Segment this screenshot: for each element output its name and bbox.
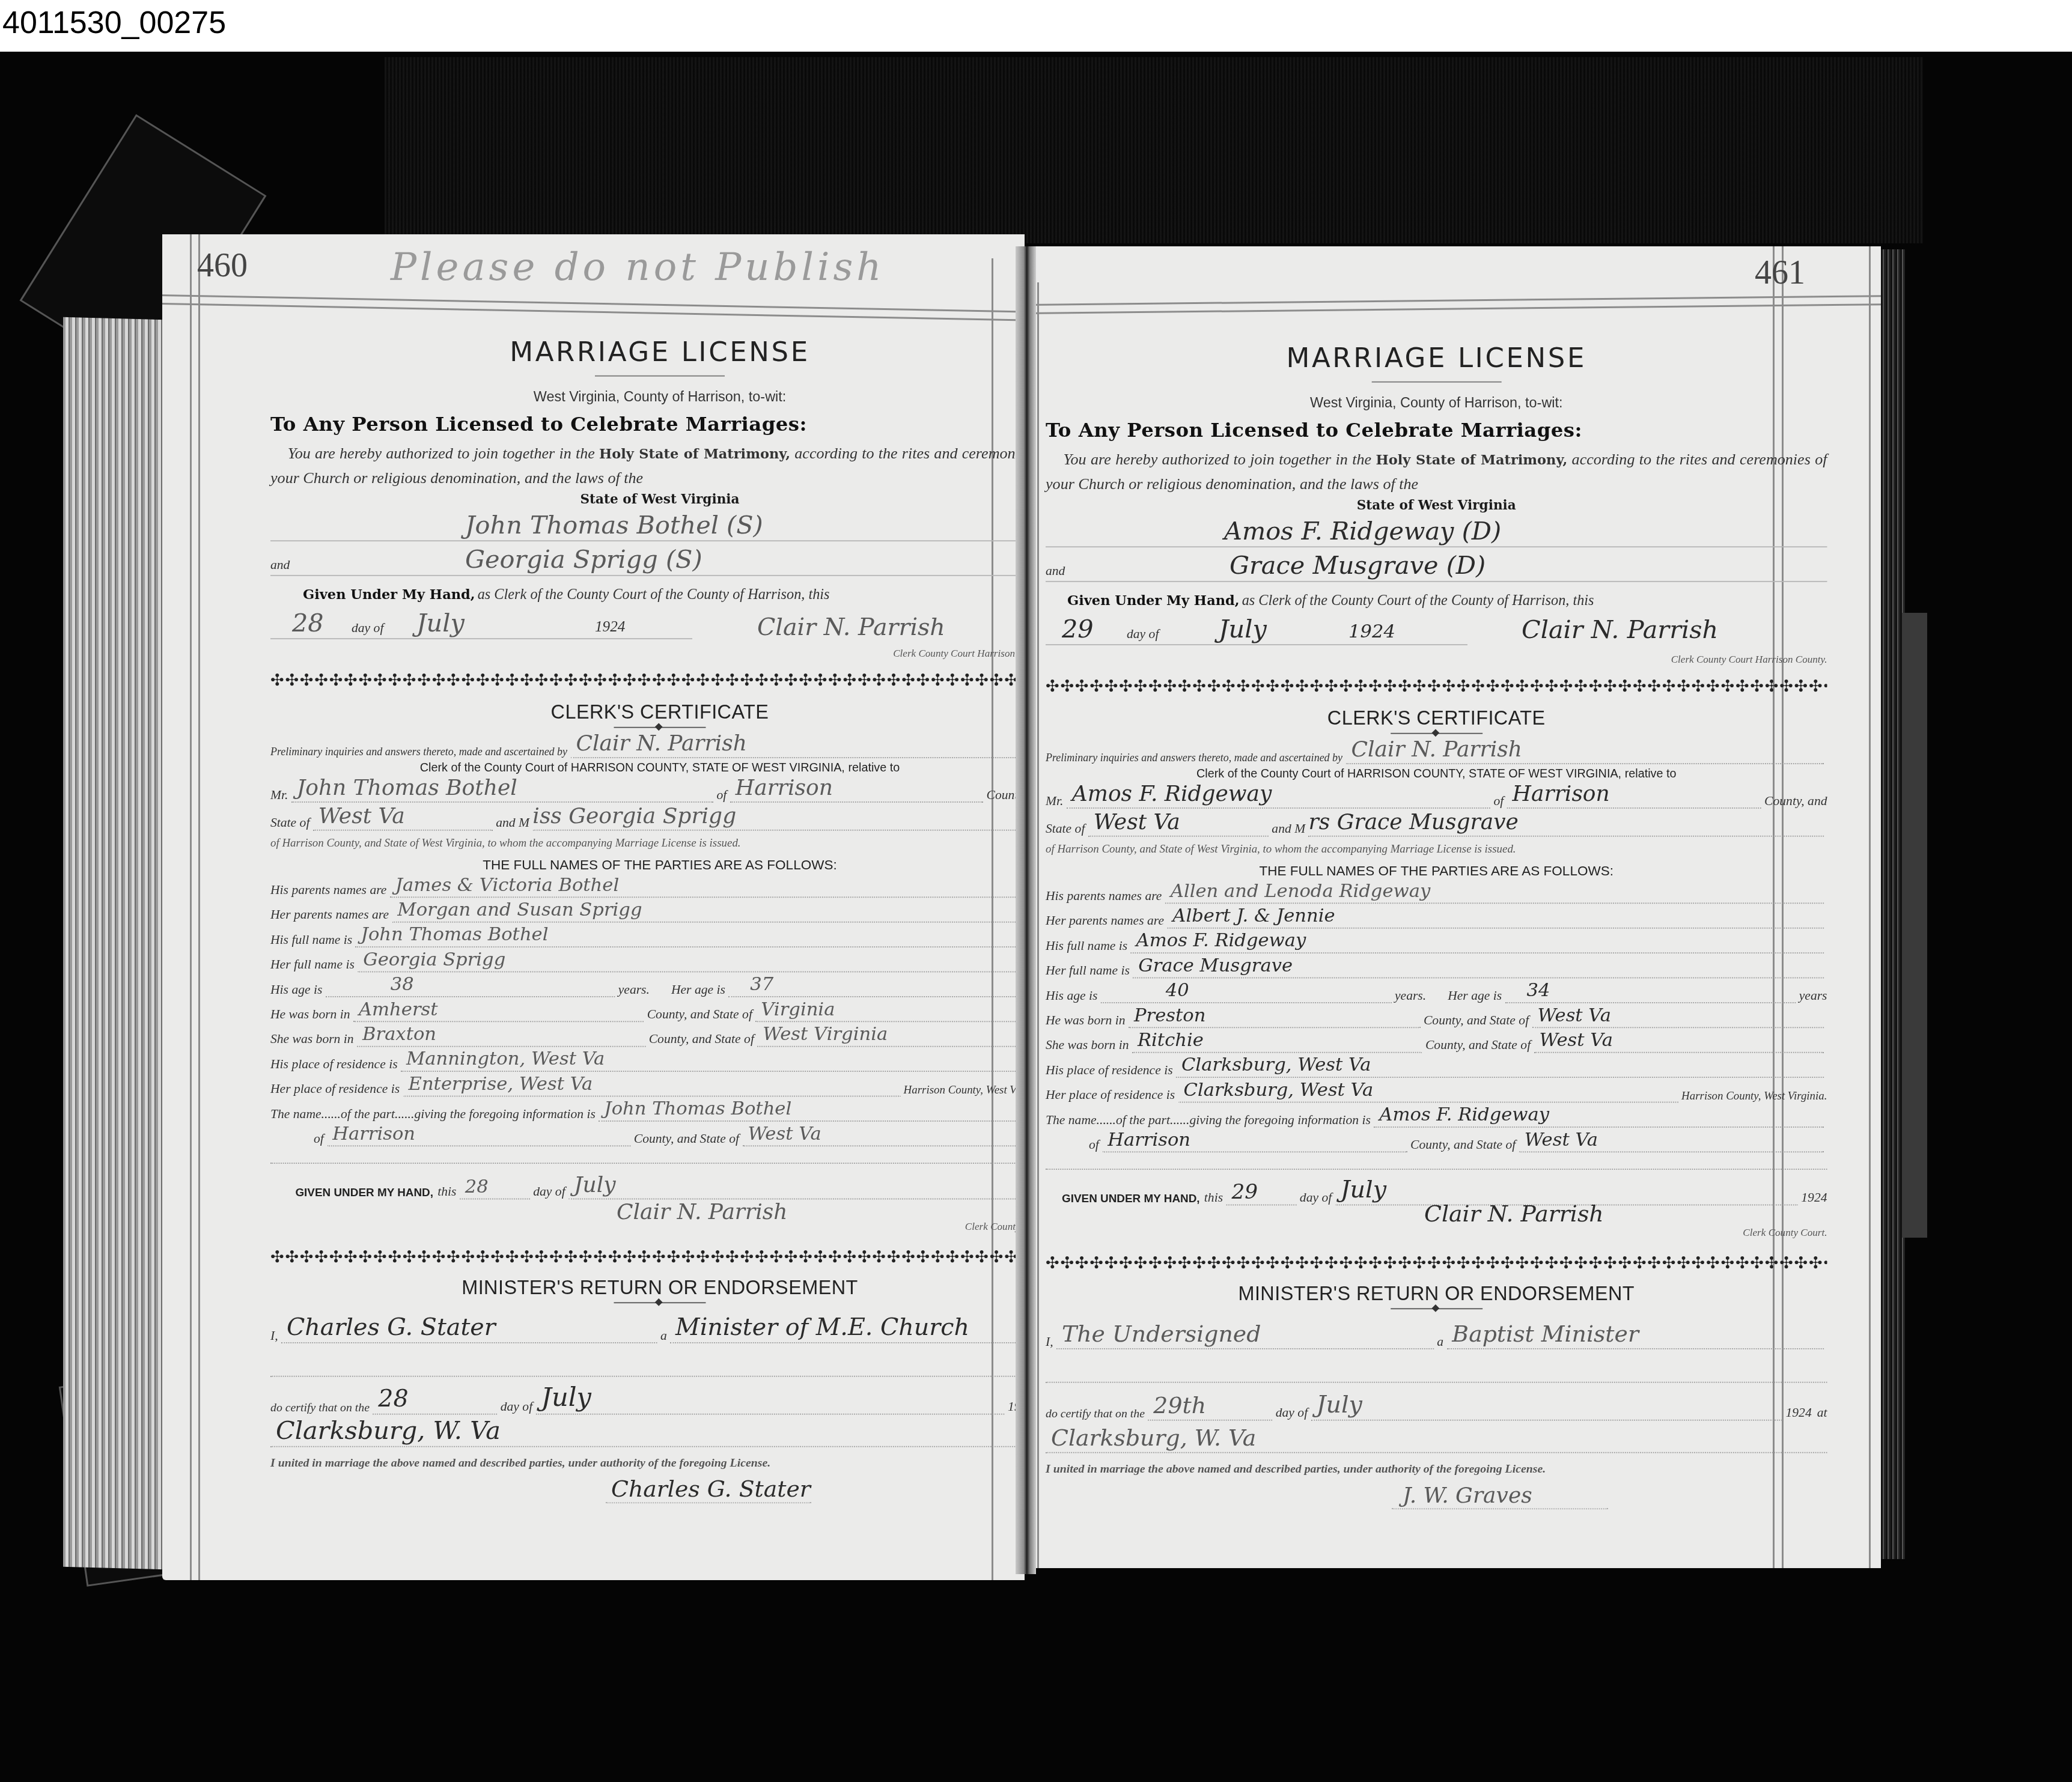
given-label: Given Under My Hand, xyxy=(303,586,475,602)
book-page-edges-right xyxy=(1881,249,1905,1559)
given-month: July xyxy=(574,1172,615,1197)
state-of-label: State of xyxy=(1046,822,1085,836)
clerk-signature: Clair N. Parrish xyxy=(757,613,945,641)
given-under-hand-label: GIVEN UNDER MY HAND, xyxy=(1062,1193,1200,1206)
county-state-label: County, and State of xyxy=(1410,1138,1516,1152)
his-parents-row: His parents names are James & Victoria B… xyxy=(270,873,1049,898)
book-tab-marker xyxy=(1902,613,1927,1238)
he-born-state-field: Virginia xyxy=(755,997,1046,1022)
given-month-field: July xyxy=(568,1175,1020,1199)
ceremony-day-field: 28 xyxy=(373,1390,497,1414)
certify-label: do certify that on the xyxy=(270,1400,370,1414)
inquiries-by: Clair N. Parrish xyxy=(576,731,747,756)
she-born-row: She was born in Braxton County, and Stat… xyxy=(270,1022,1049,1047)
minister-signature-line: J. W. Graves xyxy=(1392,1476,1608,1509)
his-full-name: Amos F. Ridgeway xyxy=(1136,929,1306,951)
her-parents-field: Morgan and Susan Sprigg xyxy=(392,898,1046,922)
salutation: To Any Person Licensed to Celebrate Marr… xyxy=(1046,419,1827,442)
inquiries-row: Preliminary inquiries and answers theret… xyxy=(1046,736,1827,764)
her-residence: Enterprise, West Va xyxy=(409,1073,593,1095)
and-label: and xyxy=(1046,564,1065,579)
place-row: Clarksburg, W. Va xyxy=(1046,1421,1827,1453)
her-parents: Morgan and Susan Sprigg xyxy=(397,899,642,920)
minister-signature: J. W. Graves xyxy=(1403,1483,1532,1508)
authorization-part-1: You are hereby authorized to join togeth… xyxy=(288,445,595,463)
years-label: years. xyxy=(1395,989,1426,1003)
book-page-edges-left xyxy=(63,317,165,1569)
given-day: 28 xyxy=(465,1176,489,1197)
his-parents: James & Victoria Bothel xyxy=(395,874,619,896)
certify-label: do certify that on the xyxy=(1046,1406,1145,1420)
ceremony-place-field: Clarksburg, W. Va xyxy=(270,1422,1049,1447)
he-born-state: West Va xyxy=(1538,1005,1611,1026)
he-born-label: He was born in xyxy=(270,1008,350,1022)
i-label: I, xyxy=(270,1329,278,1343)
given-label: Given Under My Hand, xyxy=(1067,592,1240,608)
right-page: 461 MARRIAGE LICENSE West Virginia, Coun… xyxy=(1028,246,1881,1568)
clerk-signature-block: Clair N. Parrish Clerk County Court Harr… xyxy=(1046,645,1827,678)
issued-line: of Harrison County, and State of West Vi… xyxy=(1046,842,1827,856)
his-full-name-field: Amos F. Ridgeway xyxy=(1131,929,1824,953)
minister-role-field: Minister of M.E. Church xyxy=(670,1318,1046,1343)
mr-row: Mr. John Thomas Bothel of Harrison Count… xyxy=(270,774,1049,803)
she-born-county-field: Braxton xyxy=(357,1022,645,1047)
ceremony-month-field: July xyxy=(1311,1396,1783,1420)
blank-line xyxy=(1046,1349,1827,1383)
county-and-label: County, and xyxy=(1764,794,1827,809)
years-label: years. xyxy=(618,983,650,997)
his-parents-label: His parents names are xyxy=(1046,889,1162,904)
certify-row: do certify that on the 29th day of July … xyxy=(1046,1383,1827,1421)
ornament-divider: ✣✣✣✣✣✣✣✣✣✣✣✣✣✣✣✣✣✣✣✣✣✣✣✣✣✣✣✣✣✣✣✣✣✣✣✣✣✣✣✣… xyxy=(1046,678,1827,696)
her-residence-field: Clarksburg, West Va xyxy=(1178,1078,1678,1102)
given-day-field: 29 xyxy=(1226,1181,1296,1205)
and-label: and xyxy=(270,558,290,573)
authorization-bold: Holy State of Matrimony, xyxy=(1376,452,1568,468)
informant-label: The name......of the part......giving th… xyxy=(1046,1113,1371,1128)
state-of-label: State of xyxy=(270,816,309,830)
informant-state-field: West Va xyxy=(742,1122,1046,1146)
his-residence: Mannington, West Va xyxy=(406,1048,605,1069)
he-born-row: He was born in Amherst County, and State… xyxy=(270,997,1049,1022)
inquiries-row: Preliminary inquiries and answers theret… xyxy=(270,730,1049,758)
his-residence-field: Mannington, West Va xyxy=(401,1047,1046,1072)
blank-line xyxy=(270,1343,1049,1377)
his-residence-row: His place of residence is Mannington, We… xyxy=(270,1047,1049,1072)
groom-line: Amos F. Ridgeway (D) xyxy=(1046,513,1827,548)
her-residence-field: Enterprise, West Va xyxy=(403,1072,901,1096)
mr-state-field: West Va xyxy=(1088,812,1269,836)
minister-name-field: The Undersigned xyxy=(1056,1324,1434,1349)
her-age-label: Her age is xyxy=(671,983,725,997)
of-label: of xyxy=(717,788,727,803)
pencil-annotation: Please do not Publish xyxy=(391,245,885,290)
county-state-label: County, and State of xyxy=(634,1132,739,1146)
he-born-county: Preston xyxy=(1134,1005,1205,1026)
image-id: 4011530_00275 xyxy=(2,5,226,41)
her-residence: Clarksburg, West Va xyxy=(1184,1079,1374,1101)
she-born-label: She was born in xyxy=(1046,1038,1129,1053)
ornament-divider: ✣✣✣✣✣✣✣✣✣✣✣✣✣✣✣✣✣✣✣✣✣✣✣✣✣✣✣✣✣✣✣✣✣✣✣✣✣✣✣✣… xyxy=(270,1248,1049,1267)
informant: Amos F. Ridgeway xyxy=(1379,1104,1549,1125)
license-year: 1924 xyxy=(1348,621,1395,642)
his-parents: Allen and Lenoda Ridgeway xyxy=(1171,880,1430,902)
his-full-name-row: His full name is John Thomas Bothel xyxy=(270,923,1049,947)
given-signature: Clair N. Parrish xyxy=(1424,1200,1604,1226)
page-number: 460 xyxy=(197,246,248,285)
day-of-label: day of xyxy=(1127,627,1159,642)
header-rule xyxy=(1028,295,1881,306)
given-signature: Clair N. Parrish xyxy=(617,1199,787,1224)
miss-name-field: iss Georgia Sprigg xyxy=(532,806,1046,830)
her-full-name-field: Grace Musgrave xyxy=(1133,953,1824,978)
groom-line: John Thomas Bothel (S) xyxy=(270,507,1049,542)
she-born-label: She was born in xyxy=(270,1032,354,1047)
given-day: 29 xyxy=(1231,1179,1258,1203)
bride-line: and Georgia Sprigg (S) xyxy=(270,541,1049,576)
header-rule xyxy=(1028,303,1881,314)
a-label: a xyxy=(1437,1335,1443,1349)
place-row: Clarksburg, W. Va xyxy=(270,1415,1049,1447)
authorization-text: You are hereby authorized to join togeth… xyxy=(270,442,1049,490)
her-age-field: 37 xyxy=(728,972,1018,997)
state-row: State of West Va and M rs Grace Musgrave xyxy=(1046,809,1827,837)
mr-county: Harrison xyxy=(1513,782,1610,806)
he-born-label: He was born in xyxy=(1046,1014,1126,1028)
given-line: Given Under My Hand, as Clerk of the Cou… xyxy=(1046,592,1827,609)
given-year: 1924 xyxy=(1801,1191,1827,1205)
she-born-county: Ritchie xyxy=(1138,1029,1204,1051)
diamond-divider xyxy=(1391,733,1482,734)
and-m-label: and M xyxy=(1272,822,1305,836)
at-label: at xyxy=(1817,1406,1827,1420)
she-born-state-field: West Va xyxy=(1534,1028,1824,1053)
minister-row: I, The Undersigned a Baptist Minister xyxy=(1046,1312,1827,1349)
header-rule xyxy=(162,294,1025,313)
her-parents: Albert J. & Jennie xyxy=(1172,905,1335,926)
bride-name: Georgia Sprigg (S) xyxy=(465,545,702,574)
a-label: a xyxy=(660,1329,667,1343)
informant-county-field: Harrison xyxy=(327,1122,630,1146)
his-residence-label: His place of residence is xyxy=(1046,1063,1173,1078)
his-full-name-label: His full name is xyxy=(270,933,352,947)
his-full-name-field: John Thomas Bothel xyxy=(356,923,1046,947)
his-full-name-row: His full name is Amos F. Ridgeway xyxy=(1046,929,1827,953)
her-age-field: 34 xyxy=(1505,978,1796,1003)
license-month: July xyxy=(1219,614,1267,643)
ceremony-day: 28 xyxy=(378,1385,408,1413)
her-residence-label: Her place of residence is xyxy=(270,1082,400,1096)
minister-role: Minister of M.E. Church xyxy=(675,1313,969,1341)
mr-state-field: West Va xyxy=(313,806,493,830)
authorization-bold: Holy State of Matrimony, xyxy=(599,446,790,462)
his-parents-label: His parents names are xyxy=(270,883,386,898)
clerk-certificate-title: CLERK'S CERTIFICATE xyxy=(270,701,1049,724)
years-label: years xyxy=(1799,989,1827,1003)
minister-name: The Undersigned xyxy=(1062,1321,1261,1347)
mr-county-field: Harrison xyxy=(1507,783,1761,808)
license-year: 1924 xyxy=(595,619,625,636)
mr-name-field: Amos F. Ridgeway xyxy=(1067,783,1490,808)
license-date-line: 29 day of July 1924 xyxy=(1046,609,1467,645)
full-names-heading: THE FULL NAMES OF THE PARTIES ARE AS FOL… xyxy=(1046,863,1827,879)
his-residence-label: His place of residence is xyxy=(270,1057,398,1072)
his-residence-row: His place of residence is Clarksburg, We… xyxy=(1046,1053,1827,1078)
day-of-label: day of xyxy=(1300,1191,1332,1205)
this-label: this xyxy=(1204,1191,1223,1205)
county-line: West Virginia, County of Harrison, to-wi… xyxy=(1046,394,1827,411)
mr-county-field: Harrison xyxy=(730,777,983,802)
informant-label: The name......of the part......giving th… xyxy=(270,1107,596,1122)
inquiries-by-field: Clair N. Parrish xyxy=(1346,740,1824,764)
informant-location-row: of Harrison County, and State of West Va xyxy=(270,1122,1049,1146)
his-age-label: His age is xyxy=(270,983,322,997)
left-page: 460 Please do not Publish MARRIAGE LICEN… xyxy=(162,234,1025,1580)
mr-name-field: John Thomas Bothel xyxy=(291,777,713,802)
ceremony-place: Clarksburg, W. Va xyxy=(276,1416,501,1445)
informant: John Thomas Bothel xyxy=(604,1098,791,1119)
blank-line xyxy=(270,1146,1049,1164)
margin-rule xyxy=(190,234,192,1580)
book-gutter xyxy=(1016,246,1036,1574)
inquiries-by: Clair N. Parrish xyxy=(1351,737,1522,762)
he-born-row: He was born in Preston County, and State… xyxy=(1046,1003,1827,1028)
informant-field: John Thomas Bothel xyxy=(599,1096,1046,1121)
divider xyxy=(1371,382,1501,383)
given-title: Clerk County Court. xyxy=(1743,1227,1827,1239)
informant-county: Harrison xyxy=(332,1123,415,1145)
state-line: State of West Virginia xyxy=(1046,497,1827,512)
groom-name: John Thomas Bothel (S) xyxy=(465,510,763,540)
inquiries-label: Preliminary inquiries and answers theret… xyxy=(1046,752,1342,764)
given-line: Given Under My Hand, as Clerk of the Cou… xyxy=(270,586,1049,603)
miss-name: iss Georgia Sprigg xyxy=(532,804,736,829)
minister-role-field: Baptist Minister xyxy=(1446,1324,1824,1349)
she-born-county-field: Ritchie xyxy=(1132,1028,1422,1053)
her-full-name-row: Her full name is Georgia Sprigg xyxy=(270,947,1049,972)
of-label: of xyxy=(1089,1138,1099,1152)
authorization-text: You are hereby authorized to join togeth… xyxy=(1046,448,1827,496)
mr-row: Mr. Amos F. Ridgeway of Harrison County,… xyxy=(1046,780,1827,809)
informant-state-field: West Va xyxy=(1519,1128,1824,1152)
she-born-row: She was born in Ritchie County, and Stat… xyxy=(1046,1028,1827,1053)
left-record: MARRIAGE LICENSE West Virginia, County o… xyxy=(270,336,1049,1503)
her-parents-row: Her parents names are Morgan and Susan S… xyxy=(270,898,1049,922)
given-text: as Clerk of the County Court of the Coun… xyxy=(1242,592,1594,608)
clerk-signature: Clair N. Parrish xyxy=(1522,615,1718,645)
margin-rule xyxy=(198,234,200,1580)
certify-row: do certify that on the 28 day of July 19… xyxy=(270,1377,1049,1415)
mr-county: Harrison xyxy=(736,776,833,800)
informant-county: Harrison xyxy=(1108,1129,1190,1151)
he-born-county-field: Amherst xyxy=(353,997,644,1022)
this-label: this xyxy=(437,1185,456,1199)
full-names-heading: THE FULL NAMES OF THE PARTIES ARE AS FOL… xyxy=(270,857,1049,873)
ornament-divider: ✣✣✣✣✣✣✣✣✣✣✣✣✣✣✣✣✣✣✣✣✣✣✣✣✣✣✣✣✣✣✣✣✣✣✣✣✣✣✣✣… xyxy=(270,672,1049,690)
his-residence: Clarksburg, West Va xyxy=(1181,1054,1371,1075)
her-full-name: Georgia Sprigg xyxy=(363,949,505,970)
ceremony-day-field: 29th xyxy=(1148,1396,1272,1420)
clerk-line: Clerk of the County Court of HARRISON CO… xyxy=(270,761,1049,774)
given-under-hand-row: GIVEN UNDER MY HAND, this 28 day of July… xyxy=(270,1164,1049,1199)
mr-state: West Va xyxy=(318,804,405,829)
her-parents-field: Albert J. & Jennie xyxy=(1167,904,1824,928)
her-age: 37 xyxy=(750,973,773,995)
inquiries-by-field: Clair N. Parrish xyxy=(571,734,1046,758)
he-born-state-field: West Va xyxy=(1532,1003,1824,1028)
divider xyxy=(595,376,725,377)
ceremony-day: 29th xyxy=(1153,1392,1206,1419)
mr-label: Mr. xyxy=(270,788,288,803)
her-full-name-row: Her full name is Grace Musgrave xyxy=(1046,953,1827,978)
minister-return-title: MINISTER'S RETURN OR ENDORSEMENT xyxy=(270,1276,1049,1299)
state-line: State of West Virginia xyxy=(270,491,1049,506)
she-born-state: West Virginia xyxy=(763,1023,888,1045)
her-full-name-label: Her full name is xyxy=(270,958,355,972)
informant-location-row: of Harrison County, and State of West Va xyxy=(1046,1128,1827,1152)
informant-state: West Va xyxy=(1525,1129,1598,1151)
given-signature-block: Clair N. Parrish Clerk County Court. xyxy=(1046,1205,1827,1243)
he-born-county-field: Preston xyxy=(1129,1003,1421,1028)
county-state-label: County, and State of xyxy=(1424,1014,1529,1028)
her-full-name-field: Georgia Sprigg xyxy=(358,947,1046,972)
given-month: July xyxy=(1341,1176,1386,1203)
his-age: 38 xyxy=(391,973,414,995)
his-parents-field: Allen and Lenoda Ridgeway xyxy=(1165,879,1824,904)
her-parents-label: Her parents names are xyxy=(1046,914,1164,928)
license-day: 29 xyxy=(1062,614,1094,643)
he-born-county: Amherst xyxy=(359,999,438,1020)
she-born-state: West Va xyxy=(1540,1029,1613,1051)
ceremony-month: July xyxy=(541,1382,591,1413)
license-month: July xyxy=(416,608,465,637)
miss-name-field: rs Grace Musgrave xyxy=(1309,812,1824,836)
header-rule xyxy=(162,303,1025,321)
informant-state: West Va xyxy=(748,1123,821,1145)
diamond-divider xyxy=(614,727,706,728)
given-signature-block: Clair N. Parrish Clerk County Court. xyxy=(270,1199,1049,1237)
diamond-divider xyxy=(1391,1308,1482,1309)
harrison-wv-label: Harrison County, West Virginia. xyxy=(1681,1089,1827,1103)
given-under-hand-label: GIVEN UNDER MY HAND, xyxy=(295,1187,433,1200)
ages-row: His age is 38 years. Her age is 37 years xyxy=(270,972,1049,997)
his-parents-field: James & Victoria Bothel xyxy=(390,873,1046,898)
his-age-field: 38 xyxy=(326,972,615,997)
informant-county-field: Harrison xyxy=(1102,1128,1407,1152)
state-row: State of West Va and M iss Georgia Sprig… xyxy=(270,803,1049,831)
united-statement: I united in marriage the above named and… xyxy=(270,1456,1049,1470)
cloth-backdrop xyxy=(385,57,1923,243)
groom-name: Amos F. Ridgeway (D) xyxy=(1224,516,1501,546)
her-age-label: Her age is xyxy=(1448,989,1502,1003)
ceremony-year: 1924 xyxy=(1785,1406,1811,1420)
clerk-certificate-title: CLERK'S CERTIFICATE xyxy=(1046,707,1827,730)
his-full-name: John Thomas Bothel xyxy=(361,923,549,945)
her-full-name: Grace Musgrave xyxy=(1138,955,1293,976)
license-title: MARRIAGE LICENSE xyxy=(1046,342,1827,374)
county-state-label: County, and State of xyxy=(647,1008,752,1022)
his-age-label: His age is xyxy=(1046,989,1097,1003)
united-statement: I united in marriage the above named and… xyxy=(1046,1462,1827,1476)
image-caption-bar: 4011530_00275 xyxy=(0,0,2072,52)
ceremony-place: Clarksburg, W. Va xyxy=(1051,1425,1256,1451)
minister-signature-line: Charles G. Stater xyxy=(606,1470,811,1503)
and-m-label: and M xyxy=(496,816,529,830)
minister-role: Baptist Minister xyxy=(1452,1321,1639,1347)
he-born-state: Virginia xyxy=(761,999,835,1020)
salutation: To Any Person Licensed to Celebrate Marr… xyxy=(270,413,1049,436)
minister-row: I, Charles G. Stater a Minister of M.E. … xyxy=(270,1306,1049,1343)
mr-name: Amos F. Ridgeway xyxy=(1072,782,1272,806)
his-age-field: 40 xyxy=(1101,978,1392,1003)
license-date-line: 28 day of July 1924 xyxy=(270,603,692,639)
given-day-field: 28 xyxy=(460,1175,530,1199)
ceremony-place-field: Clarksburg, W. Va xyxy=(1046,1428,1827,1453)
minister-signature: Charles G. Stater xyxy=(611,1476,811,1502)
informant-row: The name......of the part......giving th… xyxy=(270,1096,1049,1121)
informant-row: The name......of the part......giving th… xyxy=(1046,1102,1827,1127)
clerk-signature-block: Clair N. Parrish Clerk County Court Harr… xyxy=(270,639,1049,672)
his-full-name-label: His full name is xyxy=(1046,939,1127,953)
authorization-part-1: You are hereby authorized to join togeth… xyxy=(1063,451,1371,469)
informant-field: Amos F. Ridgeway xyxy=(1374,1102,1824,1127)
blank-line xyxy=(1046,1152,1827,1170)
day-of-label: day of xyxy=(501,1400,532,1414)
miss-name: rs Grace Musgrave xyxy=(1309,810,1519,835)
ages-row: His age is 40 years. Her age is 34 years xyxy=(1046,978,1827,1003)
county-line: West Virginia, County of Harrison, to-wi… xyxy=(270,388,1049,405)
given-text: as Clerk of the County Court of the Coun… xyxy=(478,586,830,602)
of-label: of xyxy=(314,1132,324,1146)
minister-name-field: Charles G. Stater xyxy=(281,1318,657,1343)
page-number: 461 xyxy=(1755,254,1805,292)
minister-name: Charles G. Stater xyxy=(287,1313,496,1341)
his-age: 40 xyxy=(1166,979,1189,1001)
right-record: MARRIAGE LICENSE West Virginia, County o… xyxy=(1046,342,1827,1509)
minister-return-title: MINISTER'S RETURN OR ENDORSEMENT xyxy=(1046,1282,1827,1305)
his-parents-row: His parents names are Allen and Lenoda R… xyxy=(1046,879,1827,904)
her-full-name-label: Her full name is xyxy=(1046,964,1130,978)
her-age: 34 xyxy=(1527,979,1550,1001)
bride-line: and Grace Musgrave (D) xyxy=(1046,547,1827,582)
issued-line: of Harrison County, and State of West Vi… xyxy=(270,836,1049,850)
inquiries-label: Preliminary inquiries and answers theret… xyxy=(270,746,567,758)
ceremony-month: July xyxy=(1317,1391,1362,1419)
ceremony-month-field: July xyxy=(536,1390,1005,1414)
day-of-label: day of xyxy=(533,1185,565,1199)
county-state-label: County, and State of xyxy=(649,1032,754,1047)
clerk-line: Clerk of the County Court of HARRISON CO… xyxy=(1046,767,1827,780)
her-residence-row: Her place of residence is Clarksburg, We… xyxy=(1046,1078,1827,1102)
of-label: of xyxy=(1493,794,1504,809)
mr-label: Mr. xyxy=(1046,794,1063,809)
his-residence-field: Clarksburg, West Va xyxy=(1176,1053,1824,1078)
mr-name: John Thomas Bothel xyxy=(297,776,517,800)
her-residence-label: Her place of residence is xyxy=(1046,1088,1175,1102)
bride-name: Grace Musgrave (D) xyxy=(1229,551,1485,580)
her-residence-row: Her place of residence is Enterprise, We… xyxy=(270,1072,1049,1096)
license-day: 28 xyxy=(292,608,324,637)
county-state-label: County, and State of xyxy=(1425,1038,1531,1053)
clerk-title: Clerk County Court Harrison County. xyxy=(1671,654,1827,666)
day-of-label: day of xyxy=(1276,1406,1308,1420)
mr-state: West Va xyxy=(1094,810,1180,835)
diamond-divider xyxy=(614,1302,706,1303)
ornament-divider: ✣✣✣✣✣✣✣✣✣✣✣✣✣✣✣✣✣✣✣✣✣✣✣✣✣✣✣✣✣✣✣✣✣✣✣✣✣✣✣✣… xyxy=(1046,1254,1827,1273)
i-label: I, xyxy=(1046,1335,1053,1349)
she-born-county: Braxton xyxy=(362,1023,436,1045)
her-parents-label: Her parents names are xyxy=(270,908,389,922)
